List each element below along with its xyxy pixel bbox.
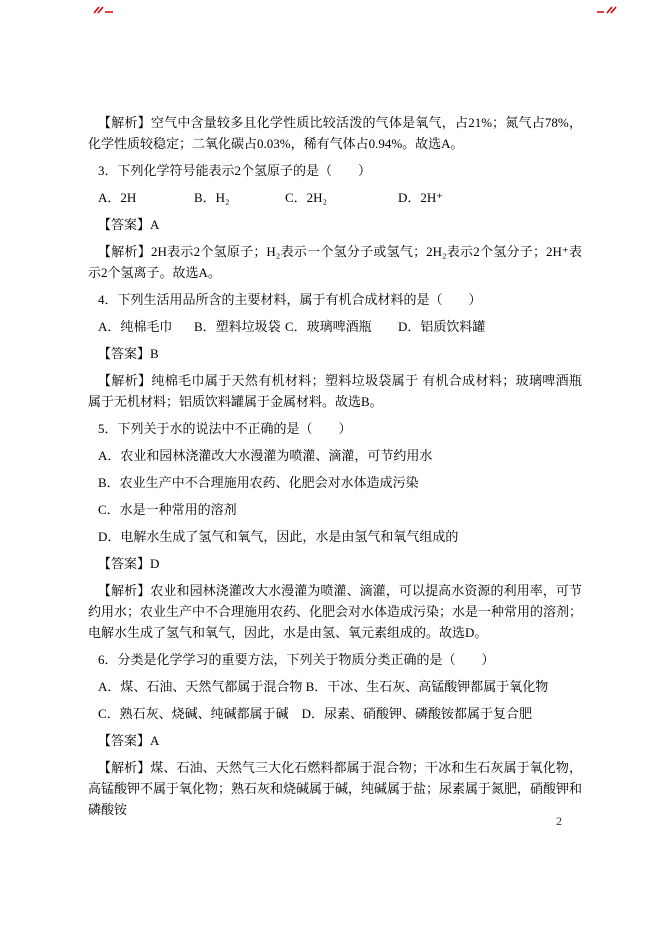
option-line: B．农业生产中不合理施用农药、化肥会对水体造成污染 <box>88 472 582 493</box>
analysis-paragraph: 【解析】农业和园林浇灌改大水漫灌为喷灌、滴灌，可以提高水资源的利用率，可节约用水… <box>88 580 582 643</box>
option-item: D．铝质饮料罐 <box>398 316 485 337</box>
option-line: C．熟石灰、烧碱、纯碱都属于碱 D．尿素、硝酸钾、磷酸铵都属于复合肥 <box>88 703 582 724</box>
option-item: C．2H₂ <box>285 187 398 208</box>
option-item: A．2H <box>98 187 194 208</box>
question-paragraph: 4．下列生活用品所含的主要材料，属于有机合成材料的是（ ） <box>88 289 582 310</box>
document-page: 【解析】空气中含量较多且化学性质比较活泼的气体是氧气，占21%；氮气占78%，化… <box>0 0 661 935</box>
option-item: A．纯棉毛巾 <box>98 316 194 337</box>
answer-paragraph: 【答案】A <box>88 214 582 235</box>
option-line: A．煤、石油、天然气都属于混合物 B．干冰、生石灰、高锰酸钾都属于氧化物 <box>88 676 582 697</box>
red-annotation-mark-icon <box>93 4 115 16</box>
analysis-paragraph: 【解析】2H表示2个氢原子；H₂表示一个氢分子或氢气；2H₂表示2个氢分子；2H… <box>88 241 582 283</box>
document-content: 【解析】空气中含量较多且化学性质比较活泼的气体是氧气，占21%；氮气占78%，化… <box>88 112 582 826</box>
page-number: 2 <box>556 814 562 828</box>
option-line: A．农业和园林浇灌改大水漫灌为喷灌、滴灌，可节约用水 <box>88 445 582 466</box>
red-annotation-mark-icon <box>595 4 617 16</box>
option-line: D．电解水生成了氢气和氧气，因此，水是由氢气和氧气组成的 <box>88 526 582 547</box>
answer-paragraph: 【答案】A <box>88 730 582 751</box>
options-row: A．2HB．H₂C．2H₂D．2H⁺ <box>88 187 582 208</box>
option-item: C．玻璃啤酒瓶 <box>285 316 398 337</box>
answer-paragraph: 【答案】B <box>88 343 582 364</box>
analysis-paragraph: 【解析】煤、石油、天然气三大化石燃料都属于混合物；干冰和生石灰属于氧化物，高锰酸… <box>88 757 582 820</box>
answer-paragraph: 【答案】D <box>88 553 582 574</box>
analysis-paragraph: 【解析】纯棉毛巾属于天然有机材料；塑料垃圾袋属于 有机合成材料；玻璃啤酒瓶属于无… <box>88 370 582 412</box>
option-item: B．H₂ <box>194 187 285 208</box>
analysis-paragraph: 【解析】空气中含量较多且化学性质比较活泼的气体是氧气，占21%；氮气占78%，化… <box>88 112 582 154</box>
option-item: B．塑料垃圾袋 <box>194 316 285 337</box>
question-paragraph: 5．下列关于水的说法中不正确的是（ ） <box>88 418 582 439</box>
option-item: D．2H⁺ <box>398 187 443 208</box>
question-paragraph: 6．分类是化学学习的重要方法，下列关于物质分类正确的是（ ） <box>88 649 582 670</box>
options-row: A．纯棉毛巾B．塑料垃圾袋C．玻璃啤酒瓶D．铝质饮料罐 <box>88 316 582 337</box>
question-paragraph: 3．下列化学符号能表示2个氢原子的是（ ） <box>88 160 582 181</box>
option-line: C．水是一种常用的溶剂 <box>88 499 582 520</box>
